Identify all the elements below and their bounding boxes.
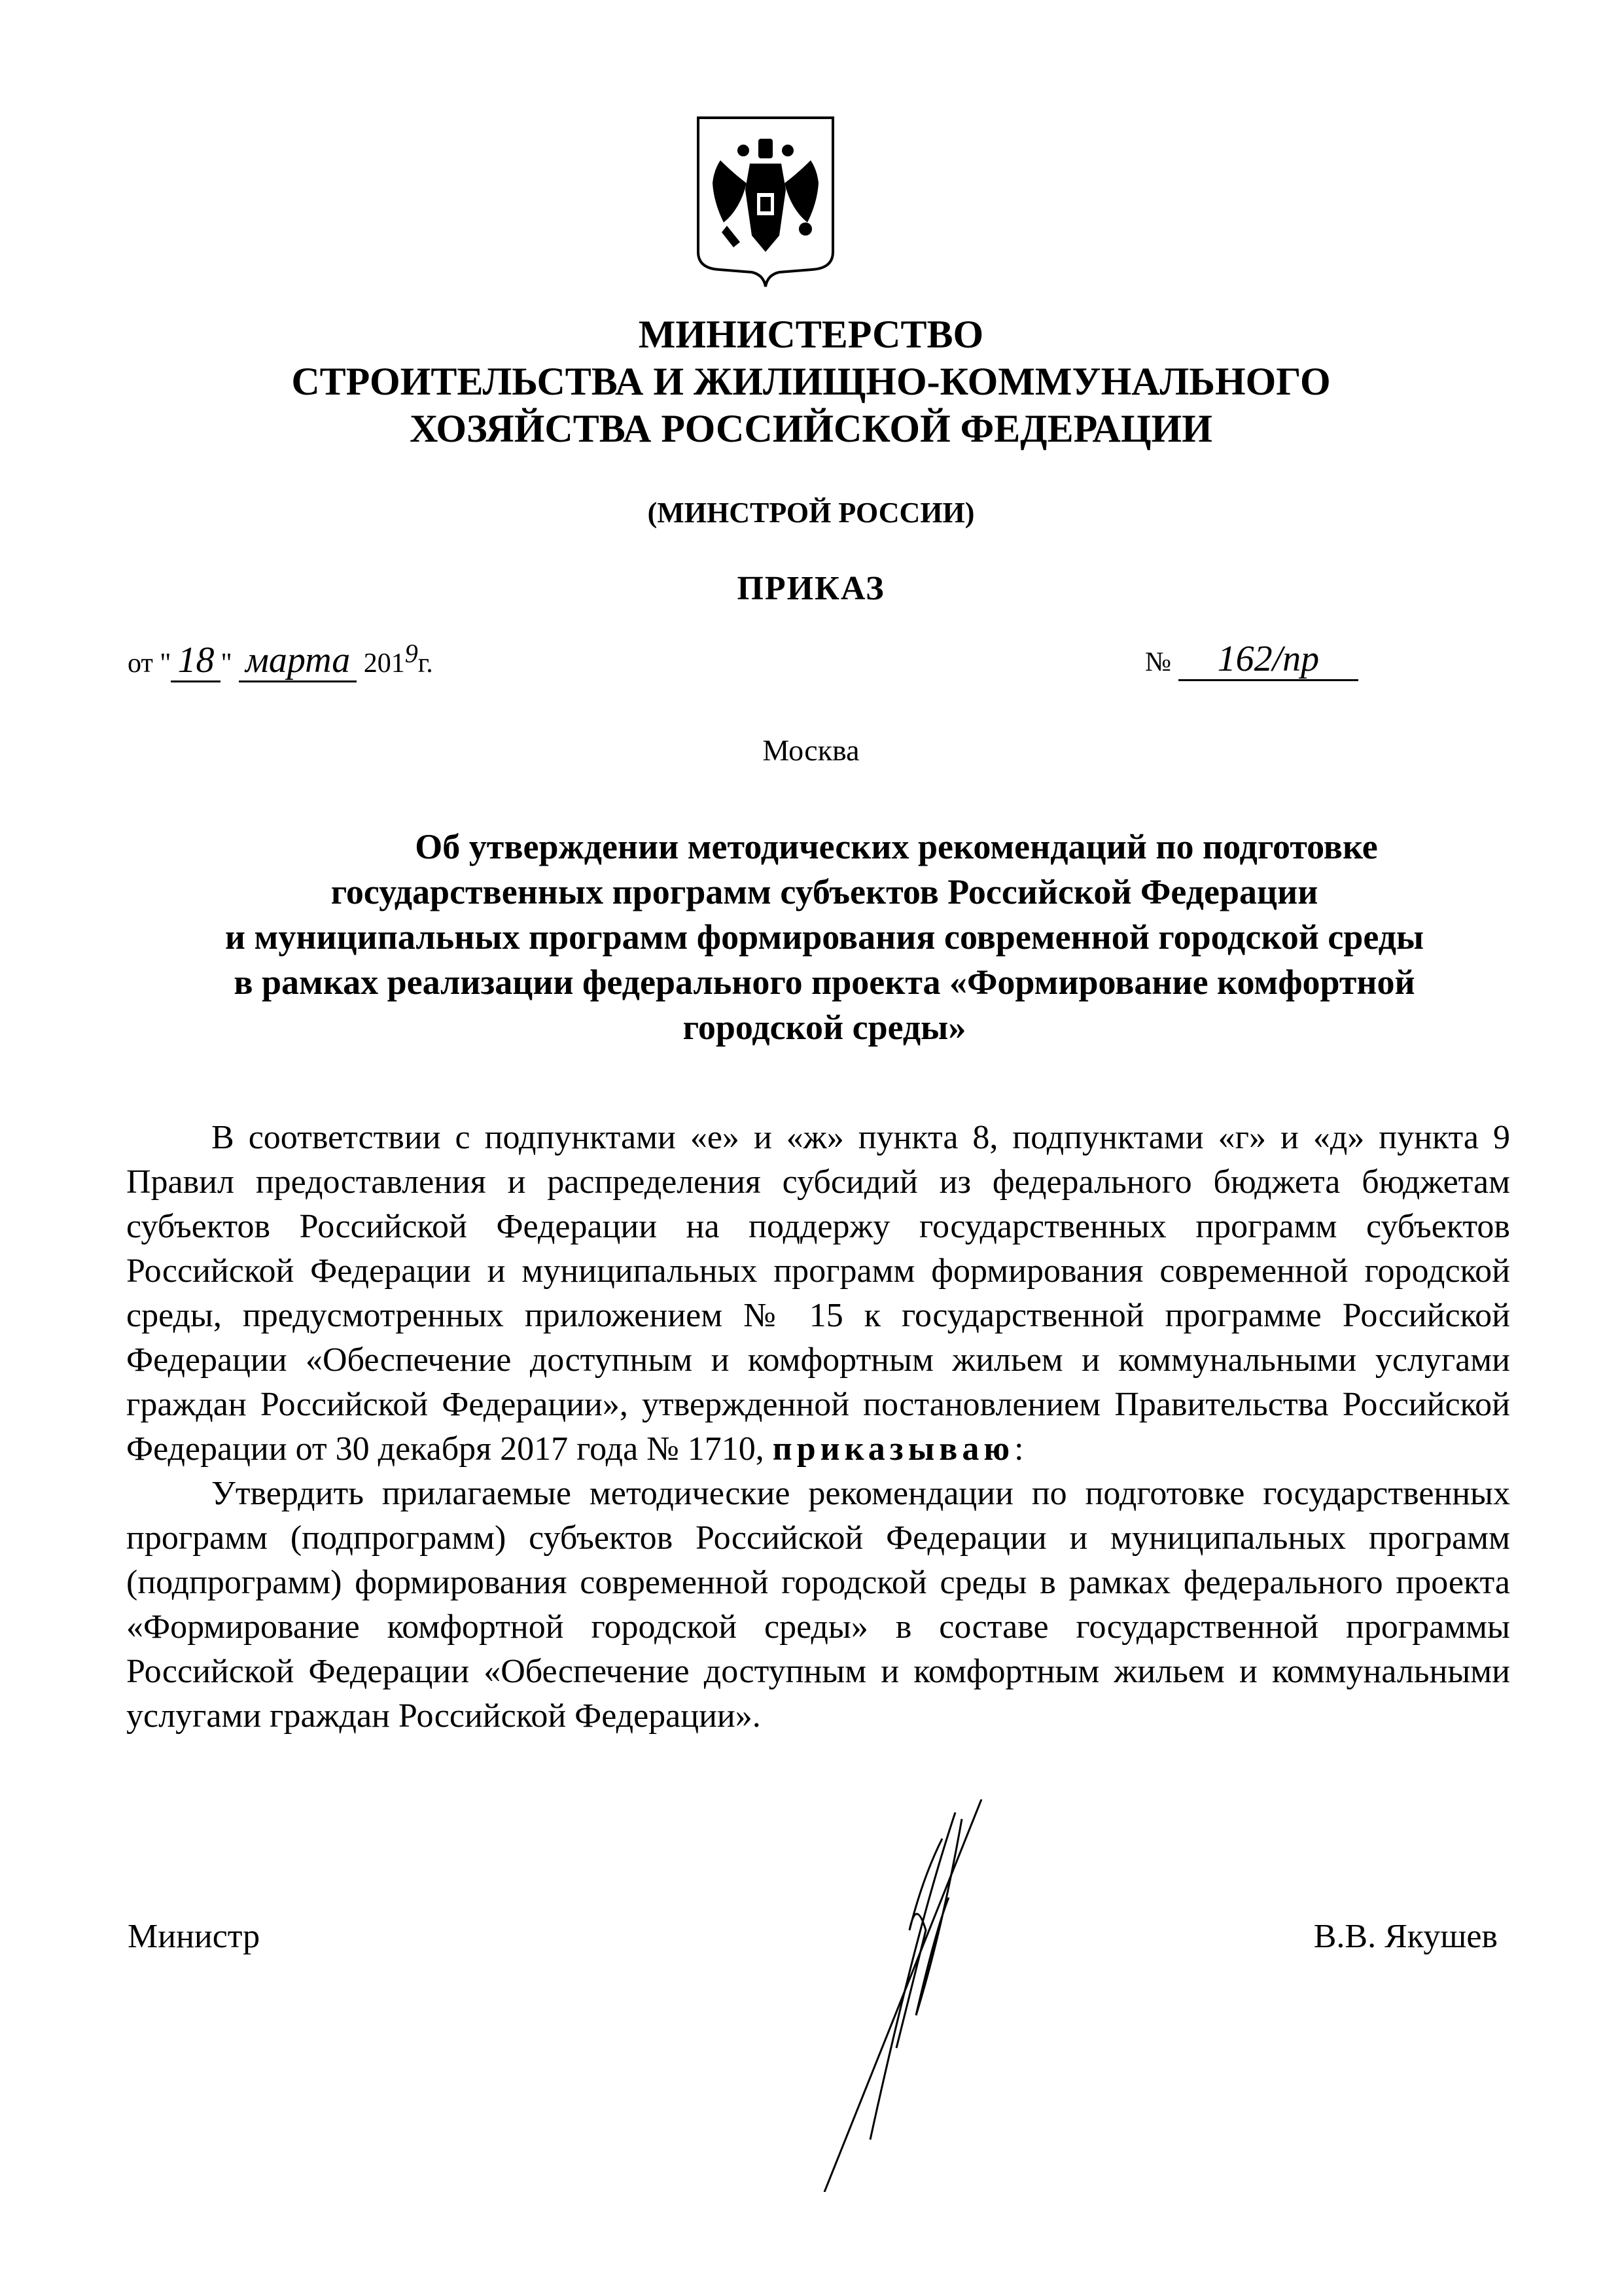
order-number: № 162/пр xyxy=(1145,638,1358,680)
signatory-position: Министр xyxy=(128,1917,260,1956)
date-year-prefix: 201 xyxy=(364,648,405,679)
paragraph-1-text: В соответствии с подпунктами «е» и «ж» п… xyxy=(126,1119,1510,1468)
signatory-name: В.В. Якушев xyxy=(1314,1917,1498,1956)
title-line-2: государственных программ субъектов Росси… xyxy=(157,870,1492,915)
ministry-line-2: СТРОИТЕЛЬСТВА И ЖИЛИЩНО-КОММУНАЛЬНОГО xyxy=(0,358,1622,405)
date-year-suffix: 9 xyxy=(405,639,418,668)
ministry-line-1: МИНИСТЕРСТВО xyxy=(0,311,1622,358)
date-month: марта xyxy=(239,640,357,682)
signature-icon xyxy=(785,1799,1021,2192)
date-day: 18 xyxy=(171,640,220,682)
title-line-1: Об утверждении методических рекомендаций… xyxy=(271,824,1377,870)
ministry-short-name: (МИНСТРОЙ РОССИИ) xyxy=(0,496,1622,529)
paragraph-1: В соответствии с подпунктами «е» и «ж» п… xyxy=(126,1116,1510,1472)
ministry-line-3: ХОЗЯЙСТВА РОССИЙСКОЙ ФЕДЕРАЦИИ xyxy=(0,405,1622,452)
paragraph-2: Утвердить прилагаемые методические реком… xyxy=(126,1472,1510,1739)
date-year-end: г. xyxy=(418,648,433,679)
date-prefix: от " xyxy=(128,648,171,679)
number-value: 162/пр xyxy=(1178,639,1359,681)
date-quote: " xyxy=(220,648,232,679)
document-title: Об утверждении методических рекомендаций… xyxy=(157,824,1492,1050)
date-line: от "18" марта 2019г. xyxy=(128,638,433,681)
coat-of-arms-icon xyxy=(694,111,837,288)
number-label: № xyxy=(1145,647,1171,677)
city: Москва xyxy=(0,733,1622,768)
order-word: приказываю xyxy=(773,1430,1014,1468)
title-line-4: в рамках реализации федерального проекта… xyxy=(157,960,1492,1005)
order-colon: : xyxy=(1014,1430,1023,1468)
title-line-5: городской среды» xyxy=(157,1005,1492,1050)
document-type: ПРИКАЗ xyxy=(0,569,1622,608)
title-line-3: и муниципальных программ формирования со… xyxy=(157,915,1492,960)
document-body: В соответствии с подпунктами «е» и «ж» п… xyxy=(126,1116,1510,1739)
ministry-name: МИНИСТЕРСТВО СТРОИТЕЛЬСТВА И ЖИЛИЩНО-КОМ… xyxy=(0,311,1622,452)
